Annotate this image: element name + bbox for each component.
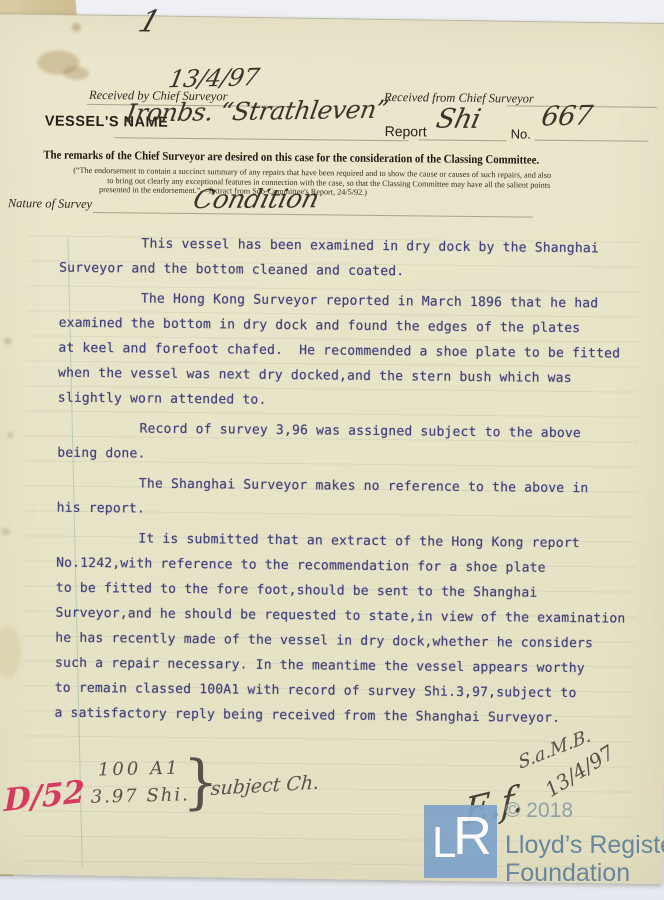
stain [4, 338, 11, 344]
watermark-copyright: © 2018 [505, 799, 573, 823]
stain [1, 528, 9, 535]
number-underline [535, 140, 649, 142]
page-tally-mark: 1 [134, 5, 164, 40]
logo-letter-r: R [453, 809, 492, 863]
class-notation-line1: 100 A1 [98, 757, 181, 780]
stain [72, 23, 81, 32]
stain [0, 626, 21, 678]
remarks-instruction: The remarks of the Chief Surveyor are de… [43, 147, 539, 167]
scanned-survey-report: { "form": { "page_mark": "1", "received_… [0, 0, 664, 900]
vessel-name-value: Ironbs. “Strathleven” [124, 95, 391, 128]
number-label: No. [511, 126, 531, 141]
endorsement-note: (“The endorsement to contain a succinct … [73, 166, 648, 201]
nature-of-survey-label: Nature of Survey [8, 196, 92, 212]
vessel-name-underline [115, 137, 409, 141]
nature-of-survey-value: Condition [190, 184, 322, 215]
typed-letter-body: This vessel has been examined in dry doc… [54, 226, 649, 732]
report-underline [419, 139, 507, 141]
report-series-value: Shi [433, 104, 483, 135]
received-by-value: 13/4/97 [166, 63, 261, 93]
stain [63, 67, 89, 80]
report-label: Report [385, 123, 427, 139]
stain [7, 432, 13, 438]
watermark-org-line1: Lloyd’s Register [505, 831, 664, 860]
number-value: 667 [539, 100, 594, 132]
watermark-org-line2: Foundation [505, 859, 630, 888]
class-notation-line2: 3.97 Shi. [90, 784, 190, 807]
lloyds-register-logo: L R [424, 805, 497, 878]
document-content: 1 Received by Chief Surveyor 13/4/97 Rec… [0, 0, 664, 900]
